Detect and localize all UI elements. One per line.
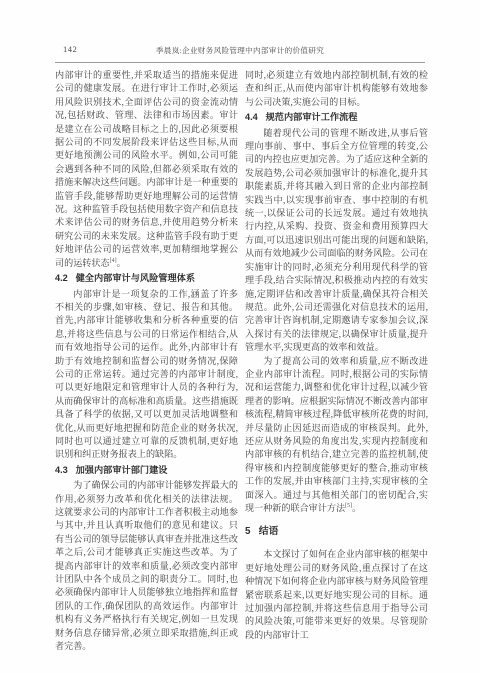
section-heading-4-2: 4.2健全内部审计与风险管理体系 <box>55 272 238 285</box>
left-column: 内部审计的重要性,并采取适当的措施来促进公司的健康发展。在进行审计工作时,必须运… <box>55 69 238 653</box>
running-title: 季晨岚:企业财务风险管理中内部审计的价值研究 <box>55 45 425 56</box>
section-number: 4.3 <box>55 465 68 475</box>
paragraph-text: 。 <box>352 503 361 513</box>
section-heading-5: 5结语 <box>245 525 428 539</box>
paragraph: 为了提高公司的效率和质量,应不断改进企业内部审计流程。同时,根据公司的实际情况和… <box>245 355 428 516</box>
paragraph-text: 为了提高公司的效率和质量,应不断改进企业内部审计流程。同时,根据公司的实际情况和… <box>245 356 428 513</box>
header-divider <box>55 62 425 63</box>
paragraph-continuation: 同时,必须建立有效地内部控制机制,有效的检查和纠正,从而使内部审计机构能够有效地… <box>245 69 428 109</box>
section-heading-4-4: 4.4规范内部审计工作流程 <box>245 111 428 124</box>
section-number: 4.4 <box>245 112 258 122</box>
text-columns: 内部审计的重要性,并采取适当的措施来促进公司的健康发展。在进行审计工作时,必须运… <box>55 69 427 653</box>
paragraph: 本文探讨了如何在企业内部审核的框架中更好地处理公司的财务风险,重点探讨了在这种情… <box>245 548 428 642</box>
paragraph-text: 。 <box>117 258 126 268</box>
section-title: 结语 <box>259 526 279 537</box>
section-heading-4-3: 4.3加强内部审计部门建设 <box>55 464 238 477</box>
section-number: 5 <box>245 526 250 537</box>
paragraph: 随着现代公司的管理不断改进,从事后管理向事前、事中、事后全方位管理的转变,公司的… <box>245 127 428 355</box>
section-title: 健全内部审计与风险管理体系 <box>76 273 195 283</box>
document-page: 142 季晨岚:企业财务风险管理中内部审计的价值研究 内部审计的重要性,并采取适… <box>0 0 480 673</box>
paragraph: 为了确保公司的内部审计能够发挥最大的作用,必须努力改革和优化相关的法律法规。这就… <box>55 479 238 653</box>
section-number: 4.2 <box>55 273 68 283</box>
paragraph-text: 内部审计的重要性,并采取适当的措施来促进公司的健康发展。在进行审计工作时,必须运… <box>55 70 238 268</box>
right-column: 同时,必须建立有效地内部控制机制,有效的检查和纠正,从而使内部审计机构能够有效地… <box>245 69 428 653</box>
citation-marker: [4] <box>110 258 117 264</box>
section-title: 规范内部审计工作流程 <box>266 112 358 122</box>
paragraph-continuation: 内部审计的重要性,并采取适当的措施来促进公司的健康发展。在进行审计工作时,必须运… <box>55 69 238 270</box>
paragraph: 内部审计是一项复杂的工作,涵盖了许多不相关的步骤,如审核、登记、报告和其他。首先… <box>55 288 238 462</box>
page-header: 142 季晨岚:企业财务风险管理中内部审计的价值研究 <box>55 44 425 58</box>
section-title: 加强内部审计部门建设 <box>76 465 168 475</box>
citation-marker: [5] <box>345 503 352 509</box>
